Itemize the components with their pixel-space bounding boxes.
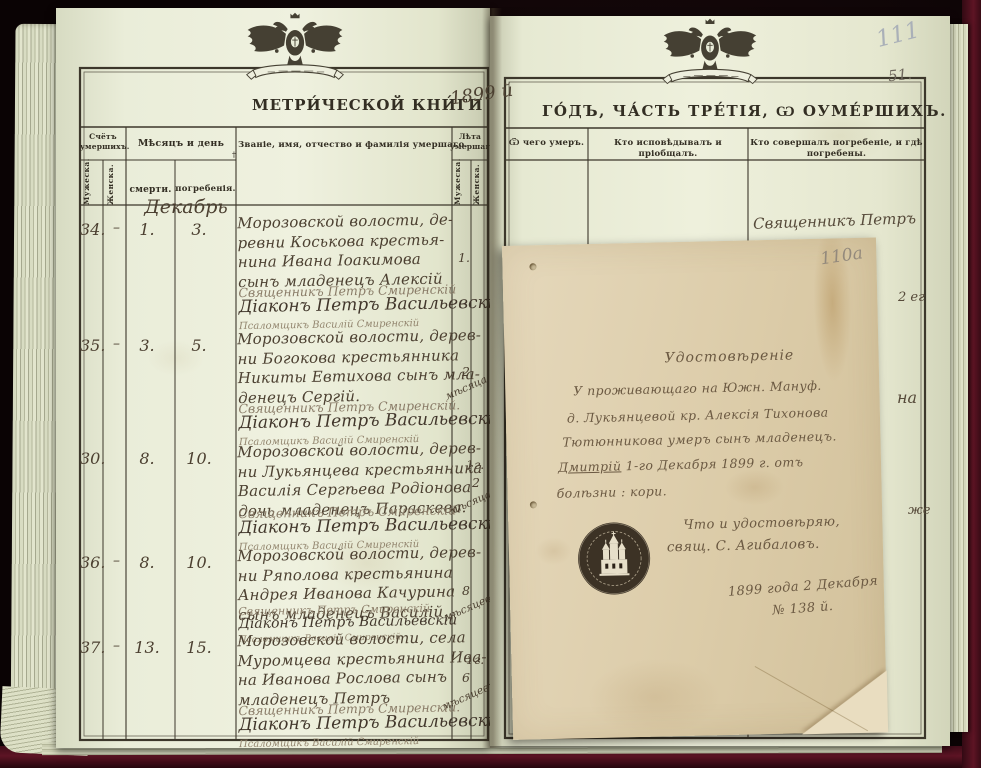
burial-day: 5.	[184, 336, 214, 355]
female-count-dash: –	[113, 553, 120, 569]
column-header-age-male: Мужеска.	[453, 163, 467, 205]
folded-corner	[801, 670, 888, 734]
psalmist-signature: Псаломщикъ Василій Смиренскій	[239, 735, 489, 750]
certificate-line-rest: 1-го Декабря 1899 г. отъ	[621, 454, 803, 473]
text-fragment: 2 ег	[898, 290, 925, 305]
entry-number: 30.	[80, 449, 110, 468]
certificate-number: № 138 й.	[772, 599, 834, 619]
age-value: 2	[472, 475, 480, 490]
female-count-dash: –	[113, 220, 120, 236]
female-count-dash: –	[113, 336, 120, 352]
entry-number: 34.	[80, 220, 110, 239]
deacon-signature: Діаконъ Петръ Васильевскій	[238, 516, 488, 536]
burial-day: 10.	[184, 449, 214, 468]
deacon-signature: Діаконъ Петръ Васильевскій	[238, 295, 488, 315]
text-fragment: на	[897, 388, 917, 407]
deacon-signature: Діаконъ Петръ Васильевскій.	[238, 713, 488, 733]
book-title-right: ГО́ДЪ, ЧА́СТЬ ТРЕ́ТІЯ, Ѡ ОУМЕ́РШИХЪ.	[542, 102, 947, 121]
left-page: МЕТРИ́ЧЕСКОЙ КНИ́ГИ НА Счётъ умершихъ. М…	[56, 8, 490, 748]
imperial-eagle-emblem-right	[656, 16, 764, 96]
column-header-date: Мѣсяцъ и день	[126, 138, 236, 151]
death-day: 13.	[134, 638, 160, 657]
column-header-buried: Кто совершалъ погребеніе, и гдѣ погребен…	[748, 138, 925, 161]
burial-day: 15.	[184, 638, 214, 657]
deacon-signature: Діаконъ Петръ Васильевскій	[238, 411, 488, 431]
column-header-burial-day: погребенія.	[175, 184, 236, 195]
age-value: 1.	[458, 250, 470, 265]
entry-number: 35.	[80, 336, 110, 355]
entry-text: Морозовской волости, де- ревни Коськова …	[237, 210, 489, 332]
death-day: 8.	[134, 449, 160, 468]
column-header-cause: Ѿ чего умеръ.	[505, 138, 588, 149]
burial-day: 10.	[184, 553, 214, 572]
book-gutter-shadow	[482, 8, 502, 748]
inserted-certificate: 110а Удостовѣреніе У проживающаго на Южн…	[502, 238, 887, 740]
entry-text: Морозовской волости, дерев- ни Лукьянцев…	[237, 439, 489, 553]
metric-book-photo: МЕТРИ́ЧЕСКОЙ КНИ́ГИ НА Счётъ умершихъ. М…	[0, 0, 981, 768]
punch-hole	[529, 263, 536, 270]
certificate-line: болѣзни : кори.	[556, 483, 667, 501]
death-day: 3.	[134, 336, 160, 355]
folio-number-pencil-note: 110а	[819, 243, 864, 269]
column-header-count-female: Женска.	[106, 163, 120, 205]
punch-hole	[530, 501, 537, 508]
column-header-confessed: Кто исповѣдывалъ и пріобщалъ.	[588, 138, 748, 161]
certificate-date: 1899 года 2 Декабря	[727, 574, 878, 600]
burial-day: 3.	[184, 220, 214, 239]
certificate-line: Дмитрій 1-го Декабря 1899 г. отъ	[558, 454, 804, 475]
entry-number: 36.	[80, 553, 110, 572]
attestation-line: Что и удостовѣряю,	[683, 514, 840, 533]
priest-signature-note: свящ. С. Агибаловъ.	[667, 536, 820, 555]
text-fragment: же	[908, 503, 930, 518]
column-header-count: Счётъ умершихъ.	[80, 132, 126, 152]
entry-text: Морозовской волости, села Муромцева крес…	[237, 628, 489, 750]
entry-row-34: 34. – 1. 3. Морозовской волости, де- рев…	[56, 212, 490, 332]
certificate-title: Удостовѣреніе	[664, 347, 794, 366]
entry-row-37: 37. – 13. 15. Морозовской волости, села …	[56, 630, 490, 750]
imperial-eagle-emblem-left	[240, 10, 350, 92]
column-header-name: Званіе, имя, отчество и фамилія умершаго…	[238, 140, 450, 152]
age-value: 8	[462, 583, 470, 598]
column-header-count-male: Мужеска.	[82, 163, 96, 205]
female-count-dash: –	[113, 638, 120, 654]
certificate-line: Тютюнникова умеръ сынъ младенецъ.	[562, 428, 837, 449]
deceased-name: Дмитрій	[558, 458, 622, 474]
entry-number: 37.	[80, 638, 110, 657]
age-value: 2	[462, 364, 470, 379]
death-day: 1.	[134, 220, 160, 239]
certificate-line: У проживающаго на Южн. Мануф.	[573, 378, 822, 399]
age-value: 6	[462, 670, 470, 685]
church-seal	[574, 519, 654, 599]
certificate-line: д. Лукьянцевой кр. Алексія Тихонова	[567, 405, 829, 426]
entry-row-35: 35. – 3. 5. Морозовской волости, дерев- …	[56, 328, 490, 448]
death-day: 8.	[134, 553, 160, 572]
page-number: 51.	[887, 65, 913, 85]
column-header-death-day: смерти.	[126, 184, 175, 196]
